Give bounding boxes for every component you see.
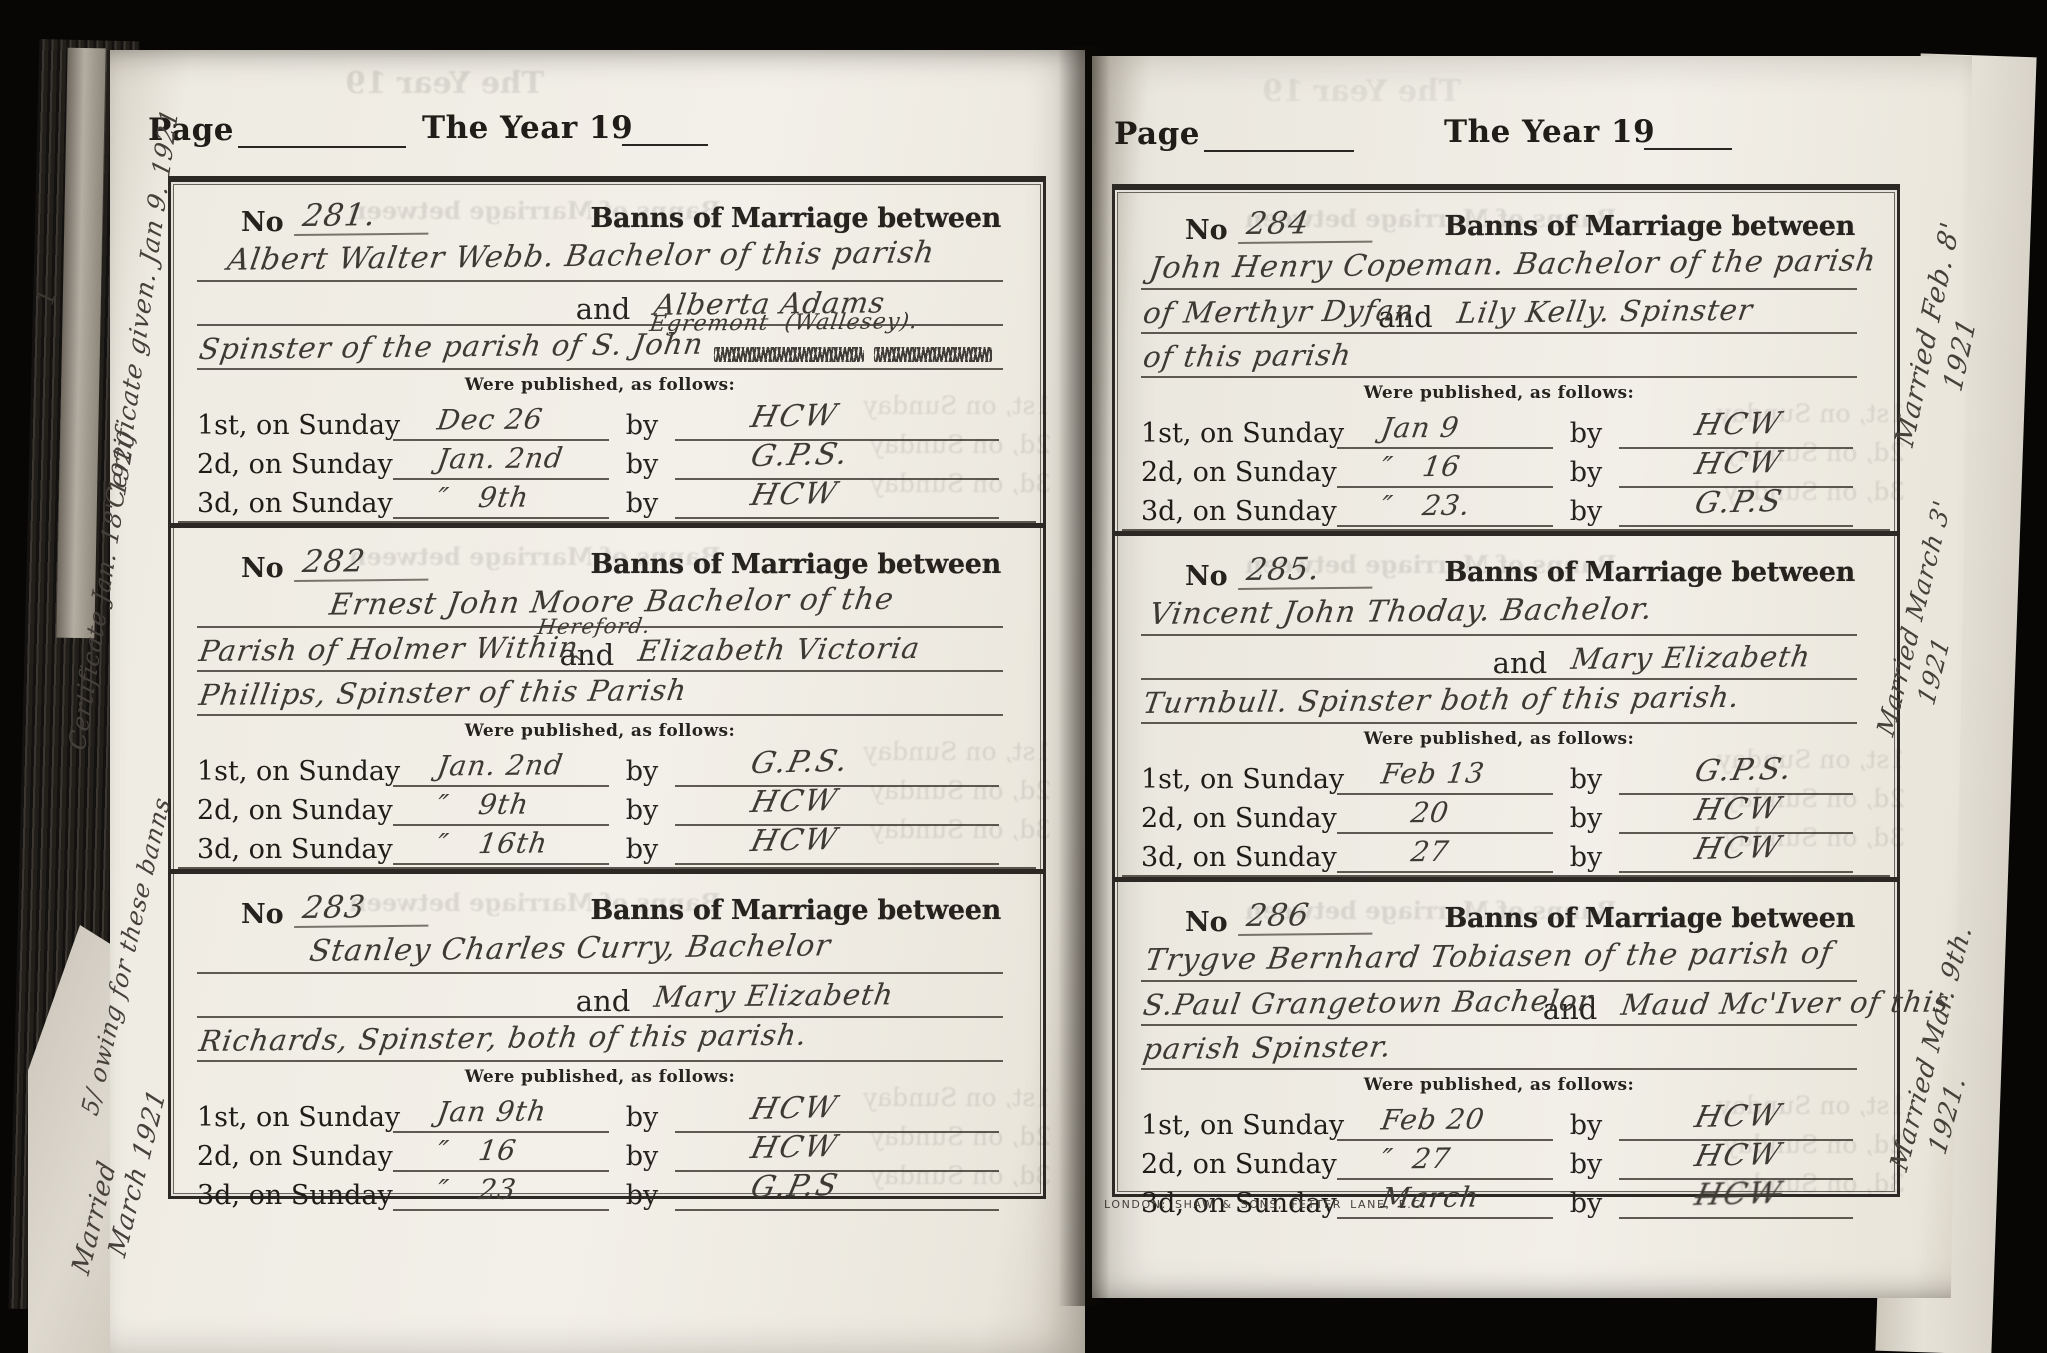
officiant-initials: HCW — [1619, 791, 1786, 830]
by-label: by — [609, 1141, 675, 1172]
banns-entry-282: Banns of Marriage between 1st, on Sunday… — [171, 523, 1043, 869]
bleed-through-year: The Year 19 — [345, 66, 544, 101]
by-label: by — [609, 1102, 675, 1133]
published-label: Were published, as follows: — [197, 370, 1003, 402]
by-label: by — [1553, 1110, 1619, 1141]
banns-date: 27 — [1337, 835, 1451, 869]
third-sunday-label: 3d, on Sunday — [1141, 496, 1337, 527]
banns-entry-285: Banns of Marriage between 1st, on Sunday… — [1115, 531, 1897, 877]
published-label: Were published, as follows: — [1141, 724, 1857, 756]
banns-date: Feb 13 — [1337, 756, 1487, 791]
banns-date: ″ 16 — [1337, 450, 1463, 484]
groom-name-line: Albert Walter Webb. Bachelor of this par… — [197, 235, 937, 278]
no-label: No — [241, 207, 284, 238]
bride-name-line: Elizabeth Victoria — [622, 630, 1008, 668]
page-label: Page — [1114, 116, 1200, 152]
officiant-initials: HCW — [1619, 1137, 1786, 1176]
entry-number: 284 — [1238, 205, 1378, 244]
officiant-initials: G.P.S — [1619, 484, 1786, 523]
banns-date: ″ 16th — [393, 826, 550, 861]
banns-date: ″ 9th — [393, 788, 531, 822]
and-label: and — [568, 295, 639, 324]
line2-left: of Merthyr Dyfan — [1141, 294, 1376, 330]
bride-detail-line: parish Spinster. — [1141, 1029, 1394, 1066]
officiant-initials: HCW — [1619, 406, 1786, 445]
groom-name-line: Vincent John Thoday. Bachelor. — [1141, 592, 1655, 632]
officiant-initials-struck: HCW — [1619, 1176, 1786, 1215]
entry-number: 283 — [294, 889, 434, 928]
bleed-through-year: The Year 19 — [1262, 74, 1461, 109]
first-sunday-label: 1st, on Sunday — [1141, 418, 1337, 449]
second-sunday-label: 2d, on Sunday — [1141, 1149, 1337, 1180]
caret-mark: ^ — [568, 652, 584, 674]
book-photo: 1 Page The Year 19 The Year 19 Banns of … — [0, 0, 2047, 1353]
bride-name-line: Mary Elizabeth — [638, 976, 1008, 1014]
bride-name-line: Lily Kelly. Spinster — [1441, 292, 1863, 330]
banns-of-marriage-label: Banns of Marriage between — [591, 895, 1002, 926]
third-sunday-label: 3d, on Sunday — [197, 1180, 393, 1211]
published-label: Were published, as follows: — [1141, 378, 1857, 410]
first-sunday-label: 1st, on Sunday — [1141, 764, 1337, 795]
banns-date: ″ 16 — [393, 1134, 519, 1168]
officiant-initials: HCW — [1619, 830, 1786, 869]
banns-of-marriage-label: Banns of Marriage between — [591, 549, 1002, 580]
banns-date: ″ 27 — [1337, 1142, 1453, 1176]
by-label: by — [609, 1180, 675, 1211]
and-label: and — [568, 987, 639, 1016]
left-page: Page The Year 19 The Year 19 Banns of Ma… — [110, 50, 1085, 1353]
banns-entry-283: Banns of Marriage between 1st, on Sunday… — [171, 869, 1043, 1215]
bride-name-line: Maud Mc'Iver of this — [1605, 984, 1952, 1022]
right-page: Page The Year 19 The Year 19 Banns of Ma… — [1092, 56, 1972, 1298]
banns-date: Dec 26 — [393, 402, 545, 437]
officiant-initials: HCW — [675, 398, 842, 437]
banns-date: ″ 23 — [393, 1173, 519, 1207]
by-label: by — [1553, 1188, 1619, 1219]
banns-of-marriage-label: Banns of Marriage between — [1445, 211, 1856, 242]
third-sunday-label: 3d, on Sunday — [197, 834, 393, 865]
groom-name-line: Stanley Charles Curry, Bachelor — [197, 928, 833, 970]
entry-number: 281. — [294, 197, 434, 236]
year-blank — [622, 144, 708, 146]
year-label: The Year 19 — [1444, 114, 1655, 150]
bride-name-line: Mary Elizabeth — [1555, 639, 1862, 676]
by-label: by — [609, 756, 675, 787]
bride-detail-line: Spinster of the parish of S. John — [197, 327, 706, 366]
banns-entry-284: Banns of Marriage between 1st, on Sunday… — [1115, 190, 1897, 531]
by-label: by — [1553, 842, 1619, 873]
page-number-blank — [1204, 150, 1354, 152]
banns-entry-286: Banns of Marriage between 1st, on Sunday… — [1115, 877, 1897, 1223]
page-number-blank — [238, 146, 406, 148]
second-sunday-label: 2d, on Sunday — [197, 795, 393, 826]
first-sunday-label: 1st, on Sunday — [197, 756, 393, 787]
second-sunday-label: 2d, on Sunday — [197, 449, 393, 480]
bride-detail-line: of this parish — [1141, 338, 1354, 374]
groom-name-line: John Henry Copeman. Bachelor of the pari… — [1141, 243, 1879, 286]
first-sunday-label: 1st, on Sunday — [197, 410, 393, 441]
correction-text: Egremont (Wallesey). — [648, 309, 920, 337]
banns-date: Jan 9th — [393, 1094, 549, 1129]
year-blank — [1644, 148, 1732, 150]
by-label: by — [609, 488, 675, 519]
officiant-initials: HCW — [1619, 445, 1786, 484]
banns-entry-281: Banns of Marriage between 1st, on Sunday… — [171, 182, 1043, 523]
by-label: by — [609, 449, 675, 480]
third-sunday-label: 3d, on Sunday — [197, 488, 393, 519]
officiant-initials: HCW — [675, 783, 842, 822]
by-label: by — [1553, 418, 1619, 449]
entry-number: 282 — [294, 543, 434, 582]
by-label: by — [609, 834, 675, 865]
officiant-initials: G.P.S. — [1619, 752, 1797, 791]
line2-left — [1141, 672, 1485, 676]
bride-detail-line: Richards, Spinster, both of this parish. — [197, 1018, 810, 1058]
banns-register-left: Banns of Marriage between 1st, on Sunday… — [168, 176, 1046, 1199]
banns-date: Jan. 2nd — [393, 441, 566, 476]
by-label: by — [1553, 1149, 1619, 1180]
banns-of-marriage-label: Banns of Marriage between — [1445, 557, 1856, 588]
groom-name-line: Trygve Bernhard Tobiasen of the parish o… — [1141, 936, 1835, 978]
bride-detail-line: Turnbull. Spinster both of this parish. — [1141, 680, 1742, 720]
struck-out-text — [714, 347, 864, 362]
banns-date: ″ 23. — [1337, 489, 1473, 523]
officiant-initials: HCW — [1619, 1098, 1786, 1137]
second-sunday-label: 2d, on Sunday — [1141, 803, 1337, 834]
by-label: by — [1553, 457, 1619, 488]
struck-out-text — [874, 347, 992, 362]
by-label: by — [609, 410, 675, 441]
officiant-initials: G.P.S. — [675, 744, 853, 783]
published-label: Were published, as follows: — [197, 1062, 1003, 1094]
officiant-initials: G.P.S — [675, 1168, 842, 1207]
published-label: Were published, as follows: — [197, 716, 1003, 748]
first-sunday-label: 1st, on Sunday — [1141, 1110, 1337, 1141]
line2-left — [197, 1010, 568, 1014]
banns-date: 20 — [1337, 796, 1451, 830]
line2-left: S.Paul Grangetown Bachelor — [1141, 984, 1540, 1022]
no-label: No — [241, 553, 284, 584]
officiant-initials: HCW — [675, 1129, 842, 1168]
second-sunday-label: 2d, on Sunday — [197, 1141, 393, 1172]
entry-number: 286 — [1238, 897, 1378, 936]
first-sunday-label: 1st, on Sunday — [197, 1102, 393, 1133]
by-label: by — [609, 795, 675, 826]
published-label: Were published, as follows: — [1141, 1070, 1857, 1102]
banns-of-marriage-label: Banns of Marriage between — [591, 203, 1002, 234]
banns-date: Jan 9 — [1337, 411, 1462, 445]
officiant-initials: G.P.S. — [675, 437, 853, 476]
correction-text: Hereford. — [536, 614, 653, 639]
banns-date: ″ 9th — [393, 481, 531, 515]
by-label: by — [1553, 764, 1619, 795]
by-label: by — [1553, 803, 1619, 834]
by-label: by — [1553, 496, 1619, 527]
and-label: and — [1485, 649, 1556, 678]
bride-detail-line: Phillips, Spinster of this Parish — [197, 673, 689, 712]
officiant-initials: HCW — [675, 476, 842, 515]
banns-of-marriage-label: Banns of Marriage between — [1445, 903, 1856, 934]
no-label: No — [1185, 215, 1228, 246]
second-sunday-label: 2d, on Sunday — [1141, 457, 1337, 488]
officiant-initials: HCW — [675, 1090, 842, 1129]
no-label: No — [1185, 907, 1228, 938]
officiant-initials: HCW — [675, 822, 842, 861]
line2-left: Parish of Holmer Within — [197, 630, 557, 668]
banns-date: Jan. 2nd — [393, 748, 566, 783]
line2-left — [197, 318, 568, 322]
banns-register-right: Banns of Marriage between 1st, on Sunday… — [1112, 184, 1900, 1197]
banns-date: Feb 20 — [1337, 1102, 1487, 1137]
no-label: No — [1185, 561, 1228, 592]
entry-number: 285. — [1238, 551, 1378, 590]
no-label: No — [241, 899, 284, 930]
year-label: The Year 19 — [422, 110, 633, 146]
printer-imprint: LONDON: SHAW & SONS, FETTER LANE, E.C. — [1104, 1198, 1427, 1211]
third-sunday-label: 3d, on Sunday — [1141, 842, 1337, 873]
